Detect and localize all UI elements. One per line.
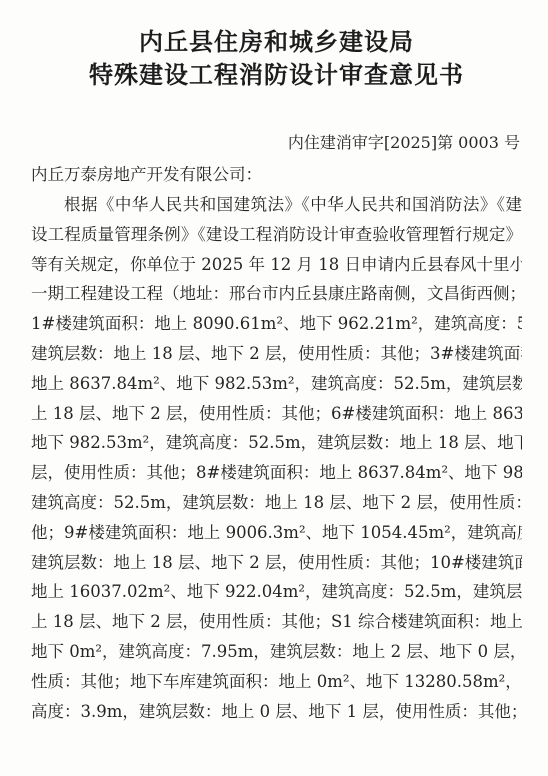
document-page: 内丘县住房和城乡建设局 特殊建设工程消防设计审查意见书 内住建消审字[2025]… (0, 0, 548, 776)
body-line: 根据《中华人民共和国建筑法》《中华人民共和国消防法》《建 (31, 190, 522, 220)
body-line: 地下 0m²，建筑高度：7.95m，建筑层数：地上 2 层、地下 0 层，使用 (31, 637, 522, 667)
document-number: 内住建消审字[2025]第 0003 号 (31, 133, 522, 152)
body-line: 地下 982.53m²，建筑高度：52.5m，建筑层数：地上 18 层、地下 2 (31, 428, 522, 458)
recipient-line: 内丘万泰房地产开发有限公司： (31, 165, 522, 185)
body-line: 建筑高度：52.5m，建筑层数：地上 18 层、地下 2 层，使用性质：其 (31, 488, 522, 518)
body-line: 等有关规定，你单位于 2025 年 12 月 18 日申请内丘县春风十里小区 (31, 250, 522, 280)
body-line: 建筑层数：地上 18 层、地下 2 层，使用性质：其他；10#楼建筑面积： (31, 548, 522, 578)
body-line: 性质：其他；地下车库建筑面积：地上 0m²、地下 13280.58m²，建筑 (31, 667, 522, 697)
body-line: 1#楼建筑面积：地上 8090.61m²、地下 962.21m²，建筑高度：52… (31, 309, 522, 339)
body-line: 建筑层数：地上 18 层、地下 2 层，使用性质：其他；3#楼建筑面积： (31, 339, 522, 369)
body-line: 一期工程建设工程（地址：邢台市内丘县康庄路南侧，文昌街西侧； (31, 279, 522, 309)
body-line: 地上 16037.02m²、地下 922.04m²，建筑高度：52.5m，建筑层… (31, 577, 522, 607)
body-line: 地上 8637.84m²、地下 982.53m²，建筑高度：52.5m，建筑层数… (31, 369, 522, 399)
document-title-line2: 特殊建设工程消防设计审查意见书 (31, 59, 522, 92)
document-title-line1: 内丘县住房和城乡建设局 (31, 26, 522, 59)
body-line: 设工程质量管理条例》《建设工程消防设计审查验收管理暂行规定》 (31, 220, 522, 250)
body-line: 上 18 层、地下 2 层，使用性质：其他；6#楼建筑面积：地上 8637.84… (31, 399, 522, 429)
document-body: 根据《中华人民共和国建筑法》《中华人民共和国消防法》《建 设工程质量管理条例》《… (31, 190, 522, 726)
body-line: 上 18 层、地下 2 层，使用性质：其他；S1 综合楼建筑面积：地上 694.… (31, 607, 522, 637)
body-line: 层，使用性质：其他；8#楼建筑面积：地上 8637.84m²、地下 982.53… (31, 458, 522, 488)
document-title: 内丘县住房和城乡建设局 特殊建设工程消防设计审查意见书 (31, 26, 522, 92)
body-line: 高度：3.9m，建筑层数：地上 0 层、地下 1 层，使用性质：其他；S2 (31, 697, 522, 727)
body-line: 他；9#楼建筑面积：地上 9006.3m²、地下 1054.45m²，建筑高度：… (31, 518, 522, 548)
